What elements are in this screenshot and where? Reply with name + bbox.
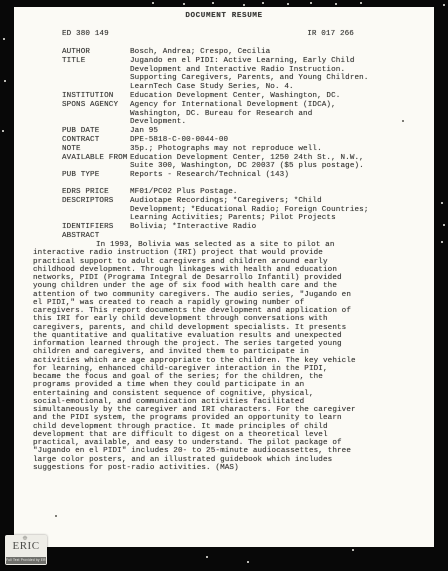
- field-value: Education Development Center, 1250 24th …: [130, 154, 426, 172]
- field-value-line: LearnTech Case Study Series, No. 4.: [130, 83, 426, 92]
- abstract-line: simultaneously by the caregiver and IRI …: [33, 406, 429, 414]
- field-label: AUTHOR: [62, 48, 130, 57]
- abstract-line: young children under the age of six food…: [33, 282, 429, 290]
- field-value-line: Supporting Caregivers, Parents, and Youn…: [130, 74, 426, 83]
- speckle: [352, 549, 354, 551]
- field-label: NOTE: [62, 145, 130, 154]
- speckle: [3, 38, 5, 40]
- speckle: [443, 4, 445, 6]
- field-value: Reports - Research/Technical (143): [130, 171, 426, 180]
- field-value: Bolivia; *Interactive Radio: [130, 223, 426, 232]
- speckle: [183, 3, 185, 5]
- field-label: TITLE: [62, 57, 130, 66]
- field-value-line: Jan 95: [130, 127, 426, 136]
- field-row: INSTITUTIONEducation Development Center,…: [62, 92, 426, 101]
- field-value-line: Bosch, Andrea; Crespo, Cecilia: [130, 48, 426, 57]
- field-label: INSTITUTION: [62, 92, 130, 101]
- field-value: Agency for International Development (ID…: [130, 101, 426, 127]
- abstract-line: In 1993, Bolivia was selected as a site …: [33, 241, 429, 249]
- field-value-line: Learning Activities; Parents; Pilot Proj…: [130, 214, 426, 223]
- field-row: PUB TYPEReports - Research/Technical (14…: [62, 171, 426, 180]
- field-label: DESCRIPTORS: [62, 197, 130, 206]
- field-value: MF01/PC02 Plus Postage.: [130, 188, 426, 197]
- abstract-line: practical support to adult caregivers an…: [33, 258, 429, 266]
- field-row: DESCRIPTORSAudiotape Recordings; *Caregi…: [62, 197, 426, 223]
- speckle: [2, 130, 4, 132]
- field-value-line: Bolivia; *Interactive Radio: [130, 223, 426, 232]
- field-label: AVAILABLE FROM: [62, 154, 130, 163]
- speckle: [206, 556, 208, 558]
- speckle: [262, 2, 264, 4]
- abstract-line: the quantitative and qualitative evaluat…: [33, 332, 429, 340]
- abstract-line: this IRI for early child development thr…: [33, 315, 429, 323]
- speckle: [441, 202, 443, 204]
- speckle: [247, 561, 249, 563]
- field-row: PUB DATEJan 95: [62, 127, 426, 136]
- fields: AUTHORBosch, Andrea; Crespo, CeciliaTITL…: [62, 48, 426, 232]
- field-row: EDRS PRICEMF01/PC02 Plus Postage.: [62, 188, 426, 197]
- speckle: [55, 515, 57, 517]
- field-label: PUB TYPE: [62, 171, 130, 180]
- field-label: PUB DATE: [62, 127, 130, 136]
- field-row: SPONS AGENCYAgency for International Dev…: [62, 101, 426, 127]
- ir-number: IR 017 266: [307, 30, 354, 38]
- field-value-line: Suite 300, Washington, DC 20037 ($5 plus…: [130, 162, 426, 171]
- accession-number-row: ED 380 149 IR 017 266: [62, 30, 354, 38]
- eric-logo: ❉ ERIC Full Text Provided by ERIC: [5, 535, 47, 565]
- speckle: [335, 3, 337, 5]
- abstract-line: social-emotional, and communication acti…: [33, 398, 429, 406]
- field-row: AVAILABLE FROMEducation Development Cent…: [62, 154, 426, 172]
- abstract-line: programs provided a time when they could…: [33, 381, 429, 389]
- abstract-line: attention of two community caregivers. T…: [33, 291, 429, 299]
- field-value-line: 35p.; Photographs may not reproduce well…: [130, 145, 426, 154]
- abstract-line: practical, available, and easy to unders…: [33, 439, 429, 447]
- field-label: EDRS PRICE: [62, 188, 130, 197]
- field-row: TITLEJugando en el PIDI: Active Learning…: [62, 57, 426, 92]
- abstract-line: caregivers, parents, and child developme…: [33, 324, 429, 332]
- field-row: CONTRACTDPE-5818-C-00-0044-00: [62, 136, 426, 145]
- speckle: [243, 4, 245, 6]
- abstract-line: caregivers. This report documents the de…: [33, 307, 429, 315]
- field-value-line: Jugando en el PIDI: Active Learning, Ear…: [130, 57, 426, 66]
- ed-number: ED 380 149: [62, 30, 109, 38]
- abstract-line: interactive radio instruction (IRI) proj…: [33, 249, 429, 257]
- field-value-line: Audiotape Recordings; *Caregivers; *Chil…: [130, 197, 426, 206]
- field-value: Bosch, Andrea; Crespo, Cecilia: [130, 48, 426, 57]
- field-value-line: Reports - Research/Technical (143): [130, 171, 426, 180]
- abstract-line: child development through practice. It m…: [33, 423, 429, 431]
- field-value-line: Development.: [130, 118, 426, 127]
- speckle: [441, 241, 443, 243]
- eric-logo-tagline: Full Text Provided by ERIC: [6, 557, 46, 564]
- abstract-label: ABSTRACT: [62, 232, 99, 241]
- speckle: [443, 224, 445, 226]
- field-row: AUTHORBosch, Andrea; Crespo, Cecilia: [62, 48, 426, 57]
- speckle: [402, 120, 404, 122]
- abstract-line: became the focus and goal of the series;…: [33, 373, 429, 381]
- abstract-line: and the PIDI system, the programs provid…: [33, 414, 429, 422]
- speckle: [4, 80, 6, 82]
- field-value: Education Development Center, Washington…: [130, 92, 426, 101]
- abstract-line: childhood development. Through linkages …: [33, 266, 429, 274]
- eric-logo-text: ERIC: [5, 541, 47, 552]
- field-value-line: Education Development Center, Washington…: [130, 92, 426, 101]
- field-value: DPE-5818-C-00-0044-00: [130, 136, 426, 145]
- field-value-line: Agency for International Development (ID…: [130, 101, 426, 110]
- field-value-line: DPE-5818-C-00-0044-00: [130, 136, 426, 145]
- abstract-line: children and caregivers, and invited the…: [33, 348, 429, 356]
- speckle: [360, 2, 362, 4]
- field-row: NOTE35p.; Photographs may not reproduce …: [62, 145, 426, 154]
- speckle: [152, 2, 154, 4]
- field-label: IDENTIFIERS: [62, 223, 130, 232]
- speckle: [212, 2, 214, 4]
- abstract-line: entertaining and consistent sequence of …: [33, 390, 429, 398]
- field-value: Audiotape Recordings; *Caregivers; *Chil…: [130, 197, 426, 223]
- abstract-line: el PIDI," was created to reach a rapidly…: [33, 299, 429, 307]
- abstract-line: large color posters, and an illustrated …: [33, 456, 429, 464]
- speckle: [287, 3, 289, 5]
- abstract-line: activities which are age appropriate to …: [33, 357, 429, 365]
- document-page: DOCUMENT RESUME ED 380 149 IR 017 266 AU…: [14, 7, 434, 547]
- field-label: SPONS AGENCY: [62, 101, 130, 110]
- field-value: Jugando en el PIDI: Active Learning, Ear…: [130, 57, 426, 92]
- speckle: [310, 2, 312, 4]
- abstract-line: development that are difficult to digest…: [33, 431, 429, 439]
- abstract-line: networks, PIDI (Programa Integral de Des…: [33, 274, 429, 282]
- document-resume-header: DOCUMENT RESUME: [14, 12, 434, 20]
- field-value-line: MF01/PC02 Plus Postage.: [130, 188, 426, 197]
- abstract-line: information learned through the project.…: [33, 340, 429, 348]
- abstract-line: for learning, enhanced child-caregiver i…: [33, 365, 429, 373]
- abstract-text: In 1993, Bolivia was selected as a site …: [33, 241, 429, 472]
- abstract-line: "Jugando en el PIDI" includes 20- to 25-…: [33, 447, 429, 455]
- scanned-document-screenshot: { "colors": { "paper": "#fbfaf5", "ink":…: [0, 0, 448, 571]
- field-label: CONTRACT: [62, 136, 130, 145]
- field-value: Jan 95: [130, 127, 426, 136]
- field-value: 35p.; Photographs may not reproduce well…: [130, 145, 426, 154]
- field-row: IDENTIFIERSBolivia; *Interactive Radio: [62, 223, 426, 232]
- abstract-line: suggestions for post-radio activities. (…: [33, 464, 429, 472]
